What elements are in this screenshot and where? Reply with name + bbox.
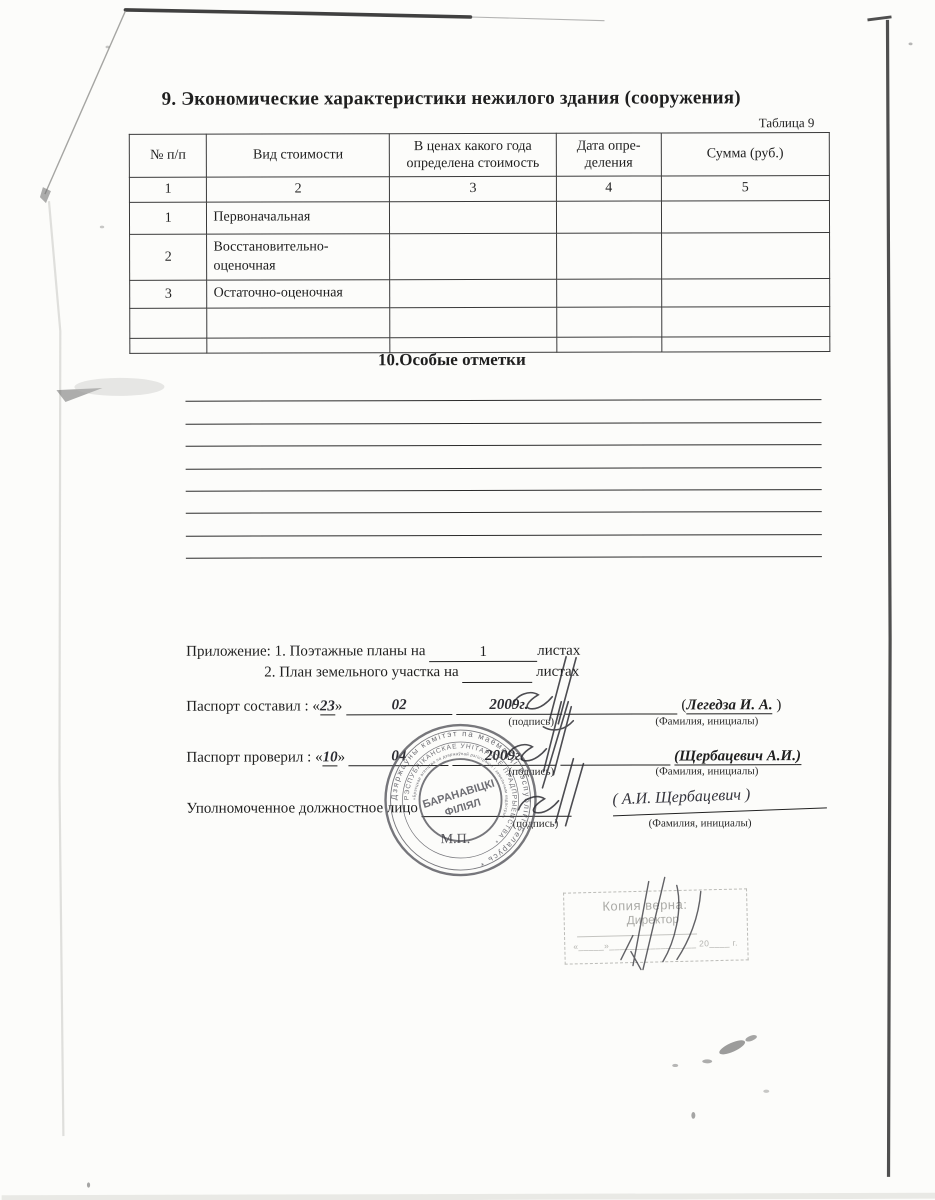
cell-num: 3 bbox=[130, 280, 207, 308]
raquo: » bbox=[338, 749, 346, 765]
copy-stamp-date-line: «_____»_________________ 20____ г. bbox=[573, 937, 747, 951]
table-row-empty bbox=[130, 307, 830, 339]
cell-sum bbox=[661, 307, 829, 337]
attachment1-unit: листах bbox=[537, 643, 580, 659]
scan-crease-shadow bbox=[74, 378, 164, 396]
attachments-block: Приложение: 1. Поэтажные планы на 1листа… bbox=[186, 641, 580, 684]
attachment2-text: 2. План земельного участка на bbox=[264, 664, 458, 681]
authorized-handwritten-name: ( А.И. Щербацевич ) bbox=[612, 783, 827, 816]
blank-line bbox=[186, 445, 822, 469]
blank-line bbox=[186, 468, 822, 492]
copy-stamp-rule bbox=[577, 934, 697, 938]
cell-date bbox=[556, 233, 661, 279]
attachment2-count-field bbox=[462, 665, 532, 683]
checked-name-text: Щербацевич А.И. bbox=[679, 748, 796, 765]
table-row: 2 Восстановительно-оценочная bbox=[130, 233, 830, 281]
scan-right-corner-tick bbox=[867, 17, 891, 20]
scan-top-edge-fade bbox=[470, 17, 604, 21]
header-cell-sum: Сумма (руб.) bbox=[661, 133, 829, 176]
cell-type: Восстановительно-оценочная bbox=[207, 234, 390, 280]
attachment-line-2: 2. План земельного участка на листах bbox=[264, 662, 580, 684]
blank-line bbox=[186, 423, 822, 447]
composed-label: Паспорт составил : bbox=[186, 698, 308, 714]
page-content: 9. Экономические характеристики нежилого… bbox=[0, 0, 935, 1200]
scan-bottom-strip bbox=[2, 1193, 935, 1200]
header-cell-year: В ценах какого года определена стоимость bbox=[389, 133, 556, 176]
cell-date bbox=[556, 201, 661, 233]
cell-type: Остаточно-оценочная bbox=[207, 280, 390, 308]
colnum-cell: 5 bbox=[661, 176, 829, 201]
scan-corner-blob bbox=[40, 187, 51, 203]
cell-year bbox=[390, 307, 557, 337]
colnum-cell: 2 bbox=[207, 177, 390, 202]
copy-stamp-line2: Директор bbox=[627, 910, 747, 927]
header-cell-type: Вид стоимости bbox=[207, 134, 390, 177]
cell-num: 1 bbox=[129, 202, 206, 234]
attachment1-count-field: 1 bbox=[429, 644, 537, 662]
special-notes-lines bbox=[185, 378, 821, 559]
checked-signature-field bbox=[560, 747, 670, 765]
cell-sum bbox=[661, 233, 829, 279]
cell-date bbox=[557, 279, 662, 307]
section9-title: 9. Экономические характеристики нежилого… bbox=[59, 87, 844, 111]
table-caption: Таблица 9 bbox=[759, 115, 815, 131]
economic-characteristics-table: № п/п Вид стоимости В ценах какого года … bbox=[129, 132, 831, 354]
colnum-cell: 4 bbox=[556, 176, 661, 201]
checked-name: ( bbox=[674, 748, 679, 765]
scanned-document-page: 9. Экономические характеристики нежилого… bbox=[0, 0, 935, 1200]
composed-year-field: 2009г. bbox=[456, 697, 562, 715]
composed-name-caption: (Фамилия, инициалы) bbox=[655, 715, 758, 727]
composed-signature-field bbox=[566, 696, 678, 714]
cell-year bbox=[390, 279, 557, 307]
blank-line bbox=[185, 400, 821, 424]
passport-composed-row: Паспорт составил : «23» 02 2009г. (Легед… bbox=[186, 696, 781, 716]
cell-num: 2 bbox=[130, 234, 208, 280]
checked-label: Паспорт проверил : bbox=[186, 749, 311, 765]
cell-year bbox=[390, 201, 557, 233]
checked-name-caption: (Фамилия, инициалы) bbox=[655, 765, 758, 777]
mp-seal-mark: М.П. bbox=[441, 832, 471, 848]
section10-title: 10.Особые отметки bbox=[59, 349, 844, 371]
attachment2-unit: листах bbox=[536, 664, 579, 680]
raquo: » bbox=[335, 698, 343, 714]
header-cell-date: Дата опре- деления bbox=[556, 133, 661, 176]
colnum-cell: 3 bbox=[390, 176, 557, 201]
cell-date bbox=[557, 307, 662, 337]
blank-line bbox=[186, 512, 822, 536]
cell-type: Первоначальная bbox=[207, 202, 390, 234]
checked-day: 10 bbox=[323, 749, 338, 766]
blank-line bbox=[185, 378, 821, 402]
scan-top-edge-line bbox=[125, 9, 470, 18]
cell-year bbox=[390, 233, 557, 279]
laquo: « bbox=[312, 698, 320, 714]
attachment-line-1: Приложение: 1. Поэтажные планы на 1листа… bbox=[186, 641, 580, 663]
table-header-row: № п/п Вид стоимости В ценах какого года … bbox=[129, 133, 829, 178]
header-cell-num: № п/п bbox=[129, 134, 207, 177]
column-number-row: 1 2 3 4 5 bbox=[129, 176, 829, 203]
copy-verified-stamp: Копия верна: Директор «_____»___________… bbox=[563, 888, 749, 964]
scan-left-edge-line bbox=[49, 201, 63, 1136]
cell-sum bbox=[661, 279, 829, 307]
composed-name: Легедза И. А. bbox=[686, 697, 772, 714]
colnum-cell: 1 bbox=[129, 177, 206, 202]
attachments-label: Приложение: bbox=[186, 644, 271, 660]
authorized-name-caption: (Фамилия, инициалы) bbox=[649, 817, 752, 829]
checked-name-close: ) bbox=[796, 748, 801, 765]
blank-line bbox=[186, 490, 822, 514]
scan-right-edge-line bbox=[885, 20, 891, 1177]
cell-type bbox=[207, 308, 390, 338]
scan-crease-mark bbox=[56, 388, 102, 402]
cell-sum bbox=[661, 201, 829, 233]
blank-line bbox=[186, 535, 822, 559]
table-row: 3 Остаточно-оценочная bbox=[130, 279, 830, 309]
rparen: ) bbox=[776, 697, 781, 713]
attachment1-text: 1. Поэтажные планы на bbox=[275, 643, 426, 659]
table-row: 1 Первоначальная bbox=[129, 201, 829, 235]
composed-day: 23 bbox=[320, 698, 335, 715]
cell-num bbox=[130, 308, 207, 338]
composed-month-field: 02 bbox=[346, 697, 452, 715]
round-seal-stamp: Дзяржаўны камітэт па маёмасці Рэспублікі… bbox=[380, 720, 540, 880]
